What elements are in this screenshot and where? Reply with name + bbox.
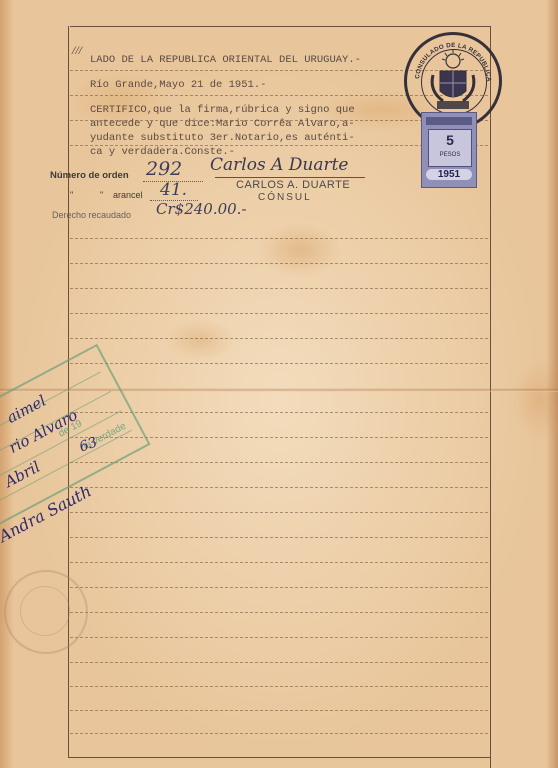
ruled-line <box>70 587 488 588</box>
typed-line-2: Río Grande,Mayo 21 de 1951.- <box>90 79 266 91</box>
revenue-stamp-value: 5 <box>429 132 471 148</box>
typed-line-5: yudante substituto 3er.Notario,es autént… <box>90 132 355 144</box>
ruled-line <box>70 462 488 463</box>
ruled-line <box>70 733 488 734</box>
arancel-label: arancel <box>113 190 143 200</box>
signature-line <box>215 177 365 178</box>
ruled-line <box>70 238 488 239</box>
derecho-label: Derecho recaudado <box>52 210 131 220</box>
frame-right-border <box>490 26 491 768</box>
arancel-ditto-2: " <box>100 190 103 200</box>
paper-right-edge <box>546 0 558 768</box>
ruled-line <box>70 537 488 538</box>
arancel-ditto-1: " <box>70 190 73 200</box>
frame-bottom-border <box>68 757 490 758</box>
ruled-line <box>70 637 488 638</box>
consul-signature: Carlos A Duarte <box>210 155 348 175</box>
arancel-value: 41. <box>160 180 187 200</box>
consul-printed-name: CARLOS A. DUARTE <box>236 179 350 191</box>
ruled-line <box>70 662 488 663</box>
paper-left-edge <box>0 0 14 768</box>
order-number-label: Número de orden <box>50 170 129 181</box>
ruled-line <box>70 263 488 264</box>
ruled-line <box>70 512 488 513</box>
ruled-line <box>70 612 488 613</box>
ruled-line <box>70 487 488 488</box>
ruled-line <box>70 686 488 687</box>
derecho-value: Cr$240.00.- <box>156 200 247 218</box>
typed-line-1: LADO DE LA REPUBLICA ORIENTAL DEL URUGUA… <box>90 54 361 66</box>
revenue-stamp-panel: 5 PESOS <box>428 129 472 167</box>
revenue-stamp-unit: PESOS <box>429 152 471 158</box>
ruled-line <box>70 363 488 364</box>
typed-line-3: CERTIFICO,que la firma,rúbrica y signo q… <box>90 104 355 116</box>
revenue-stamp-band <box>426 117 472 125</box>
ruled-line <box>70 562 488 563</box>
ruled-line <box>70 710 488 711</box>
frame-top-border <box>70 26 490 27</box>
revenue-stamp-year: 1951 <box>426 169 472 180</box>
ruled-line <box>70 288 488 289</box>
revenue-stamp: 5 PESOS 1951 <box>421 112 477 188</box>
margin-mark: /// <box>72 43 82 58</box>
order-number-value: 292 <box>146 158 182 180</box>
faded-seal-inner <box>20 586 70 636</box>
typed-line-4: antecede y que dice:Mario Corrêa Alvaro,… <box>90 118 355 130</box>
ruled-line <box>70 338 488 339</box>
consul-title: CÓNSUL <box>258 192 312 203</box>
ruled-line <box>70 313 488 314</box>
faded-seal <box>4 570 88 654</box>
